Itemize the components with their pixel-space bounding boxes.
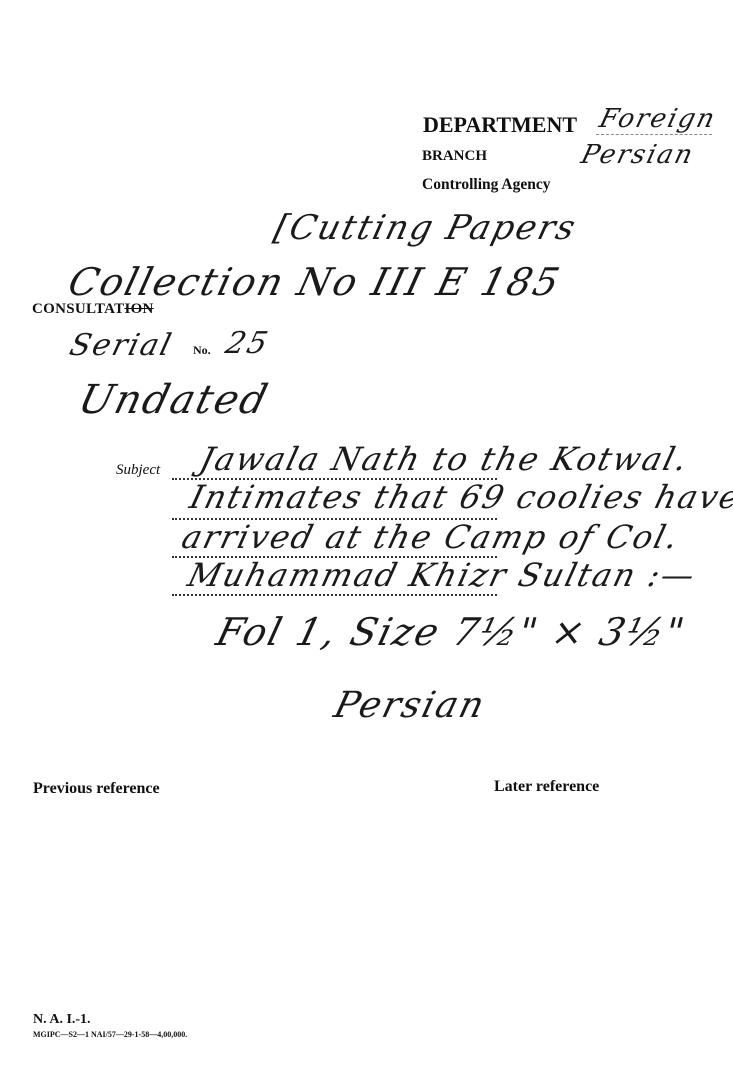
department-value: Foreign xyxy=(596,104,720,135)
consultation-label-struck: ION xyxy=(124,301,153,317)
consultation-label-kept: CONSULTAT xyxy=(32,301,124,317)
number-label: No. xyxy=(193,343,211,358)
subject-label: Subject xyxy=(116,462,160,479)
department-label: DEPARTMENT xyxy=(423,112,577,138)
subject-line: Muhammad Khizr Sultan :— xyxy=(184,556,700,594)
controlling-agency-label: Controlling Agency xyxy=(422,176,550,194)
later-reference-label: Later reference xyxy=(494,778,599,796)
printer-line: MGIPC—S2—1 NAI/57—29-1-58—4,00,000. xyxy=(33,1030,187,1039)
language-note: Persian xyxy=(330,685,490,726)
subject-line: arrived at the Camp of Col. xyxy=(178,518,684,556)
consultation-label: CONSULTATION xyxy=(32,301,154,318)
form-code: N. A. I.-1. xyxy=(33,1012,91,1028)
subject-line: Jawala Nath to the Kotwal. xyxy=(196,440,693,478)
folio-size-note: Fol 1, Size 7½" × 3½" xyxy=(212,610,690,654)
branch-label: BRANCH xyxy=(422,148,487,165)
collection-note: Collection No III E 185 xyxy=(64,260,566,304)
serial-note: Serial xyxy=(66,328,176,363)
subject-dotted-line xyxy=(172,594,497,596)
branch-value: Persian xyxy=(578,140,698,170)
serial-number-value: 25 xyxy=(222,326,273,361)
date-note: Undated xyxy=(74,377,274,423)
subject-line: Intimates that 69 coolies have xyxy=(186,478,733,516)
cutting-papers-note: [Cutting Papers xyxy=(270,208,581,248)
previous-reference-label: Previous reference xyxy=(33,780,160,798)
